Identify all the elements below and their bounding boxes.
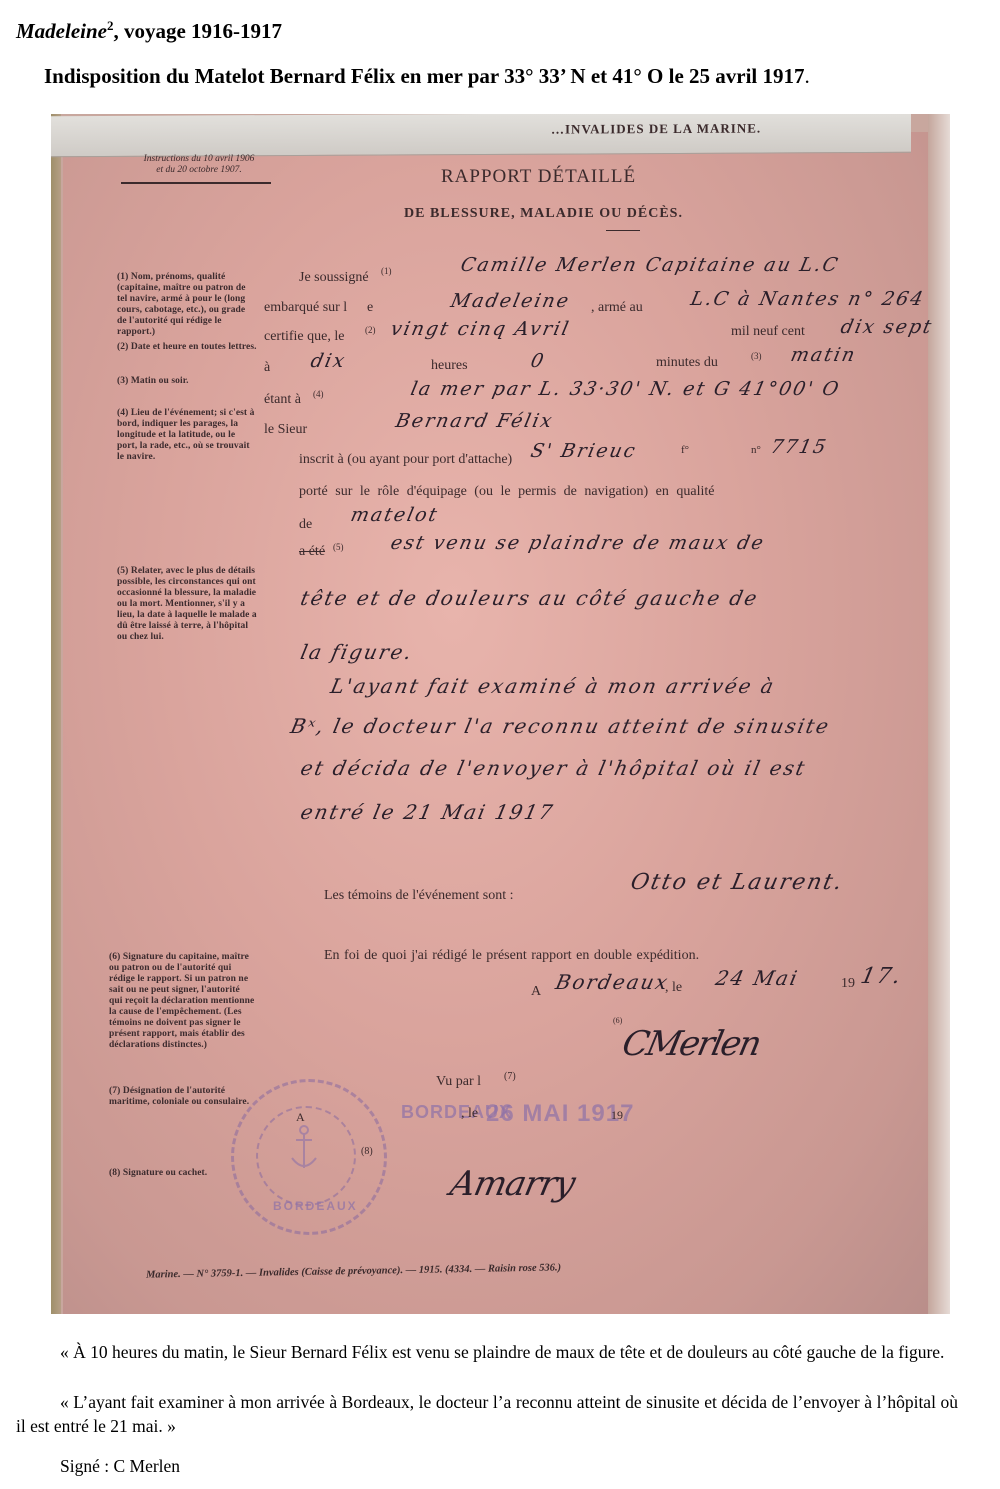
margin-note-1: (1) Nom, prénoms, qualité (capitaine, ma… [117,272,257,338]
handwritten-period: matin [789,344,859,366]
folded-page-flap: …INVALIDES DE LA MARINE. [51,114,911,157]
handwritten-position: la mer par L. 33·30' N. et G 41°00' O [409,378,843,400]
captain-signature: CMerlen [619,1024,764,1064]
instructions-reference: Instructions du 10 avril 1906 et du 20 o… [119,154,279,176]
caption-paragraph-1: « À 10 heures du matin, le Sieur Bernard… [16,1340,958,1364]
signature-ref: (6) [613,1016,622,1025]
caption-signature: Signé : C Merlen [16,1454,958,1478]
event-subtitle: Indisposition du Matelot Bernard Félix e… [44,64,810,89]
seal-letter: A [296,1110,305,1125]
archival-document-photo: …INVALIDES DE LA MARINE. Instructions du… [51,114,950,1314]
margin-note-4: (4) Lieu de l'événement; si c'est à bord… [117,408,257,463]
ship-name: Madeleine [16,19,107,43]
caption-paragraph-2: « L’ayant fait examiner à mon arrivée à … [16,1390,958,1438]
form-title: RAPPORT DÉTAILLÉ [441,166,636,188]
margin-note-7: (7) Désignation de l'autorité maritime, … [109,1086,255,1108]
authority-signature: Amarry [447,1164,578,1204]
title-rule [606,230,640,231]
handwritten-date: vingt cinq Avril [389,318,573,340]
handwritten-witnesses: Otto et Laurent. [628,870,846,895]
margin-note-6: (6) Signature du capitaine, maître ou pa… [109,952,255,1051]
book-binding-edge [51,114,61,1314]
anchor-icon [289,1124,319,1174]
handwritten-home-port: S' Brieuc [529,440,639,462]
voyage-title: Madeleine2, voyage 1916-1917 [16,18,282,44]
handwritten-narrative-0: est venu se plaindre de maux de [389,532,767,554]
page-edge [928,114,950,1314]
form-subtitle: DE BLESSURE, MALADIE OU DÉCÈS. [404,206,683,222]
handwritten-captain: Camille Merlen Capitaine au L.C [459,254,842,276]
handwritten-port: L.C à Nantes n° 264 [689,288,927,310]
handwritten-hour: dix [309,350,349,372]
handwritten-registry-number: 7715 [769,436,830,458]
margin-note-2: (2) Date et heure en toutes lettres. [117,342,257,353]
handwritten-report-date: 24 Mai [713,966,801,990]
handwritten-rank: matelot [349,504,441,526]
ornament-rule [121,182,271,184]
handwritten-place: Bordeaux [553,970,671,994]
witnesses-label: Les témoins de l'événement sont : [324,888,514,904]
margin-note-3: (3) Matin ou soir. [117,376,257,387]
handwritten-year: dix sept [839,316,935,338]
handwritten-sailor: Bernard Félix [394,410,556,432]
form-line-role: porté sur le rôle d'équipage (ou le perm… [299,484,714,500]
margin-note-5: (5) Relater, avec le plus de détails pos… [117,566,257,643]
closing-statement: En foi de quoi j'ai rédigé le présent ra… [324,948,699,964]
handwritten-ship: Madeleine [449,290,573,312]
